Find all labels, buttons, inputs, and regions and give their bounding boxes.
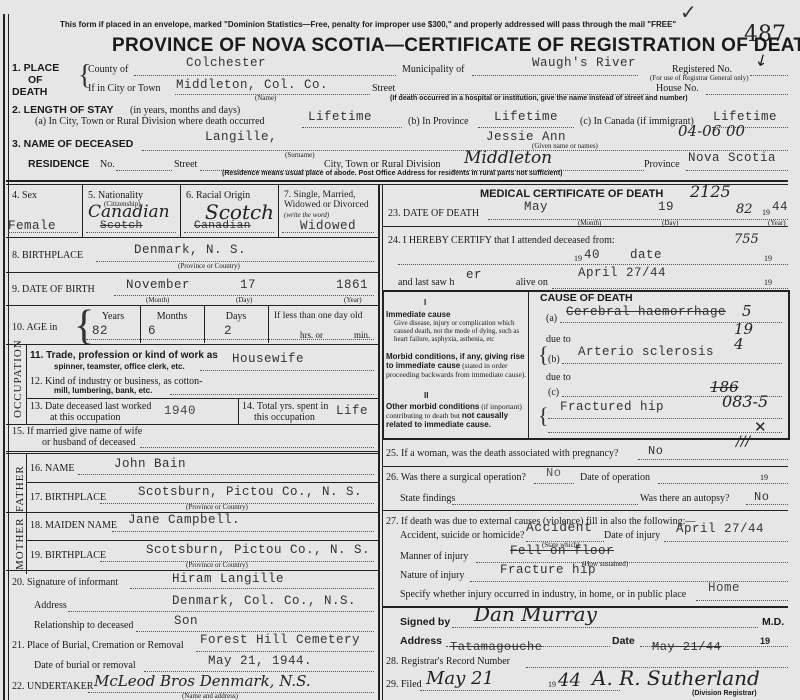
medical-code-annotation: 2125 [690,182,731,201]
signature-address: Tatamagouche [450,640,542,654]
autopsy-label: Was there an autopsy? [640,493,729,504]
filed-year: 44 [558,670,581,691]
father-birthplace-value: Scotsburn, Pictou Co., N. S. [138,485,362,499]
burial-place-label: 21. Place of Burial, Cremation or Remova… [12,640,184,651]
operation-label: 26. Was there a surgical operation? [386,472,526,483]
mother-birthplace-label: 19. BIRTHPLACE [30,550,106,561]
age-years: 82 [92,324,108,338]
immediate-cause-title: Immediate cause [386,310,450,319]
burial-date: May 21, 1944. [208,654,312,668]
residence-note: (Residence means usual place of abode. P… [222,170,563,177]
mail-notice: This form if placed in an envelope, mark… [60,20,676,29]
other-code: 083-5 [722,392,768,411]
roman-one: I [424,298,426,307]
registrar-signature: A. R. Sutherland [592,666,760,690]
cause-b-label: (b) [548,354,560,365]
last-worked-value: 1940 [164,404,196,418]
to-year-prefix: 19 [764,254,772,263]
hospital-note: (If death occurred in a hospital or inst… [390,95,688,102]
where-value: Home [708,581,740,595]
trade-examples: spinner, teamster, office clerk, etc. [54,362,185,371]
mother-maiden-label: 18. MAIDEN NAME [30,520,117,531]
certify-annotation: 755 [734,232,759,247]
racial-typed-struck: Canadian [194,220,251,232]
year-note: (Year) [344,296,362,304]
total-years-label: 14. Total yrs. spent in this occupation [242,401,328,423]
burial-place: Forest Hill Cemetery [200,633,360,647]
county-label: County of [88,64,128,75]
father-side-label: FATHER [14,465,26,512]
autopsy-value: No [754,490,769,504]
operation-date-label: Date of operation [580,472,650,483]
pregnancy-label: 25. If a woman, was the death associated… [386,448,618,459]
total-years-value: Life [336,404,368,418]
age-days: 2 [224,324,232,338]
province-value: Nova Scotia [688,151,776,165]
other-conditions-value: Fractured hip [560,400,664,414]
undertaker-value: McLeod Bros Denmark, N.S. [94,672,311,690]
signed-by-label: Signed by [400,616,450,628]
pregnancy-value: No [648,444,663,458]
left-border [3,14,9,700]
alive-on-label: alive on [516,277,548,288]
filed-label: 29. Filed [386,679,422,690]
mother-maiden-value: Jane Campbell. [128,513,240,527]
signature-date-label: Date [612,635,635,647]
cause-a-code: 5 [742,302,752,320]
birthplace-label: 8. BIRTHPLACE [12,250,83,261]
filed-year-prefix: 19 [548,680,556,689]
morbid-conditions-text: Morbid conditions, if any, giving rise t… [386,352,528,379]
dob-year: 1861 [336,278,368,292]
informant-name: Hiram Langille [172,572,284,586]
filed-date: May 21 [426,668,494,689]
stay-province-label: (b) In Province [408,116,469,127]
residence-city-value: Middleton [464,148,552,168]
spouse-label: 15. If married give name of wife or husb… [12,426,142,448]
municipality-label: Municipality of [402,64,465,75]
physician-signature: Dan Murray [474,602,597,626]
residence-city-label: City, Town or Rural Division [324,159,441,170]
operation-value: No [546,466,561,480]
length-of-stay-label: 2. LENGTH OF STAY [12,104,114,116]
relationship-label: Relationship to deceased [34,620,133,631]
nationality-typed-struck: Scotch [100,220,143,232]
birthplace-value: Denmark, N. S. [134,243,246,257]
county-value: Colchester [186,56,266,70]
dob-month: November [126,278,190,292]
place-of-death-label: 1. PLACE OF DEATH [12,62,59,98]
province-label: Province [644,159,680,170]
operation-year-prefix: 19 [760,473,768,482]
residence-street-label: Street [174,159,197,170]
cause-b-code: 19 4 [734,322,764,352]
sex-label: 4. Sex [12,190,37,201]
years-label: Years [86,311,140,322]
checkmark-icon: ✓ [680,0,697,25]
division-registrar-note: (Division Registrar) [692,690,757,697]
stay-city-label: (a) In City, Town or Rural Division wher… [35,116,265,127]
month-note: (Month) [146,296,169,304]
length-of-stay-sub: (in years, months and days) [130,105,240,116]
father-birthplace-note: (Province or Country) [186,503,248,511]
surname-note: (Surname) [285,151,315,159]
to-value: date [630,248,662,262]
from-year-prefix: 19 [574,254,582,263]
accident-value: Accident [526,520,592,535]
trade-label: 11. Trade, profession or kind of work as [30,350,218,361]
informant-address-label: Address [34,600,67,611]
signature-address-label: Address [400,635,442,647]
informant-address: Denmark, Col. Co., N.S. [172,594,356,608]
undertaker-label: 22. UNDERTAKER [12,681,93,692]
alive-on-value: April 27/44 [578,266,666,280]
x-mark: ✕ [754,418,767,436]
name-note: (Name) [255,94,276,102]
injury-date-value: April 27/44 [676,522,764,536]
trade-value: Housewife [232,352,304,366]
signature-date: May 21/44 [652,640,721,654]
nature-value: Fracture hip [500,563,596,577]
days-label: Days [204,311,268,322]
other-conditions-text: Other morbid conditions (if important) c… [386,402,528,429]
father-name-label: 16. NAME [30,463,74,474]
dob-day: 17 [240,278,256,292]
last-saw-label: and last saw h [398,277,454,288]
burial-date-label: Date of burial or removal [34,660,136,671]
occupation-side-label: OCCUPATION [12,339,24,418]
brace-other: { [538,403,549,429]
months-label: Months [140,311,204,322]
record-number-label: 28. Registrar's Record Number [386,656,510,667]
municipality-value: Waugh's River [532,56,636,70]
roman-two: II [424,391,428,400]
manner-value: Fell on floor [510,544,614,558]
from-year: 40 [584,248,600,262]
due-to-1: due to [546,334,571,345]
md-label: M.D. [762,616,784,628]
mother-birthplace-note: (Province or Country) [186,561,248,569]
street-label: Street [372,83,395,94]
page-title: PROVINCE OF NOVA SCOTIA—CERTIFICATE OF R… [112,35,800,57]
cause-c-label: (c) [548,387,559,398]
age-label: 10. AGE in [12,322,57,333]
alive-year-prefix: 19 [764,278,772,287]
dod-month: May [524,200,548,214]
death-certificate: This form if placed in an envelope, mark… [0,0,800,700]
day-note: (Day) [236,296,252,304]
nationality-handwritten: Canadian [88,202,170,222]
stay-city-value: Lifetime [308,110,372,124]
accident-label: Accident, suicide or homicide? [400,530,524,541]
sex-value: Female [8,219,56,233]
mother-side-label: MOTHER [14,518,26,570]
injury-date-label: Date of injury [604,530,660,541]
immediate-cause-desc: Give disease, injury or complication whi… [394,319,526,343]
stay-canada-label: (c) In Canada (if immigrant) [580,116,694,127]
signature-year-prefix: 19 [760,636,770,646]
findings-label: State findings [400,493,455,504]
dod-year-prefix: 19 [762,208,770,217]
due-to-2: due to [546,372,571,383]
cause-a-label: (a) [546,313,557,324]
nature-label: Nature of injury [400,570,464,581]
house-no-label: House No. [656,83,699,94]
less-than-day-label: If less than one day old [274,311,362,321]
birthplace-note: (Province or Country) [178,262,240,270]
undertaker-note: (Name and address) [182,692,238,700]
cause-b-value: Arterio sclerosis [578,345,714,359]
manner-label: Manner of injury [400,551,468,562]
relationship-value: Son [174,614,198,628]
surname-value: Langille, [205,130,277,144]
informant-label: 20. Signature of informant [12,577,118,588]
residence-no-label: No. [100,159,115,170]
marital-label: 7. Single, Married, Widowed or Divorced … [284,190,369,220]
certify-label: 24. I HEREBY CERTIFY that I attended dec… [388,235,615,246]
city-label: If in City or Town [88,83,160,94]
stay-province-value: Lifetime [494,110,558,124]
registrar-only-note: (For use of Registrar General only) [650,74,749,82]
father-birthplace-label: 17. BIRTHPLACE [30,492,106,503]
mother-birthplace-value: Scotsburn, Pictou Co., N. S. [146,543,370,557]
marital-value: Widowed [300,219,356,233]
industry-examples: mill, lumbering, bank, etc. [54,386,152,395]
cause-title: CAUSE OF DEATH [540,292,633,304]
tick-marks: /// [736,434,750,450]
medical-title: MEDICAL CERTIFICATE OF DEATH [480,188,663,200]
last-worked-label: 13. Date deceased last worked at this oc… [30,401,151,423]
deceased-name-label: 3. NAME OF DECEASED [12,138,133,150]
where-label: Specify whether injury occurred in indus… [400,589,686,600]
dod-annotation: 82 [736,202,753,217]
age-months: 6 [148,324,156,338]
residence-label: RESIDENCE [28,158,89,170]
dob-label: 9. DATE OF BIRTH [12,284,95,295]
father-name-value: John Bain [114,457,186,471]
cause-a-value: Cerebral haemorrhage [566,305,726,319]
city-value: Middleton, Col. Co. [176,78,328,92]
last-saw-suffix: er [466,268,482,282]
dod-year: 44 [772,200,788,214]
dod-day: 19 [658,200,674,214]
code-annotation: 04-06 00 [678,122,745,140]
brace-morbid: { [538,342,549,368]
date-of-death-label: 23. DATE OF DEATH [388,208,479,219]
